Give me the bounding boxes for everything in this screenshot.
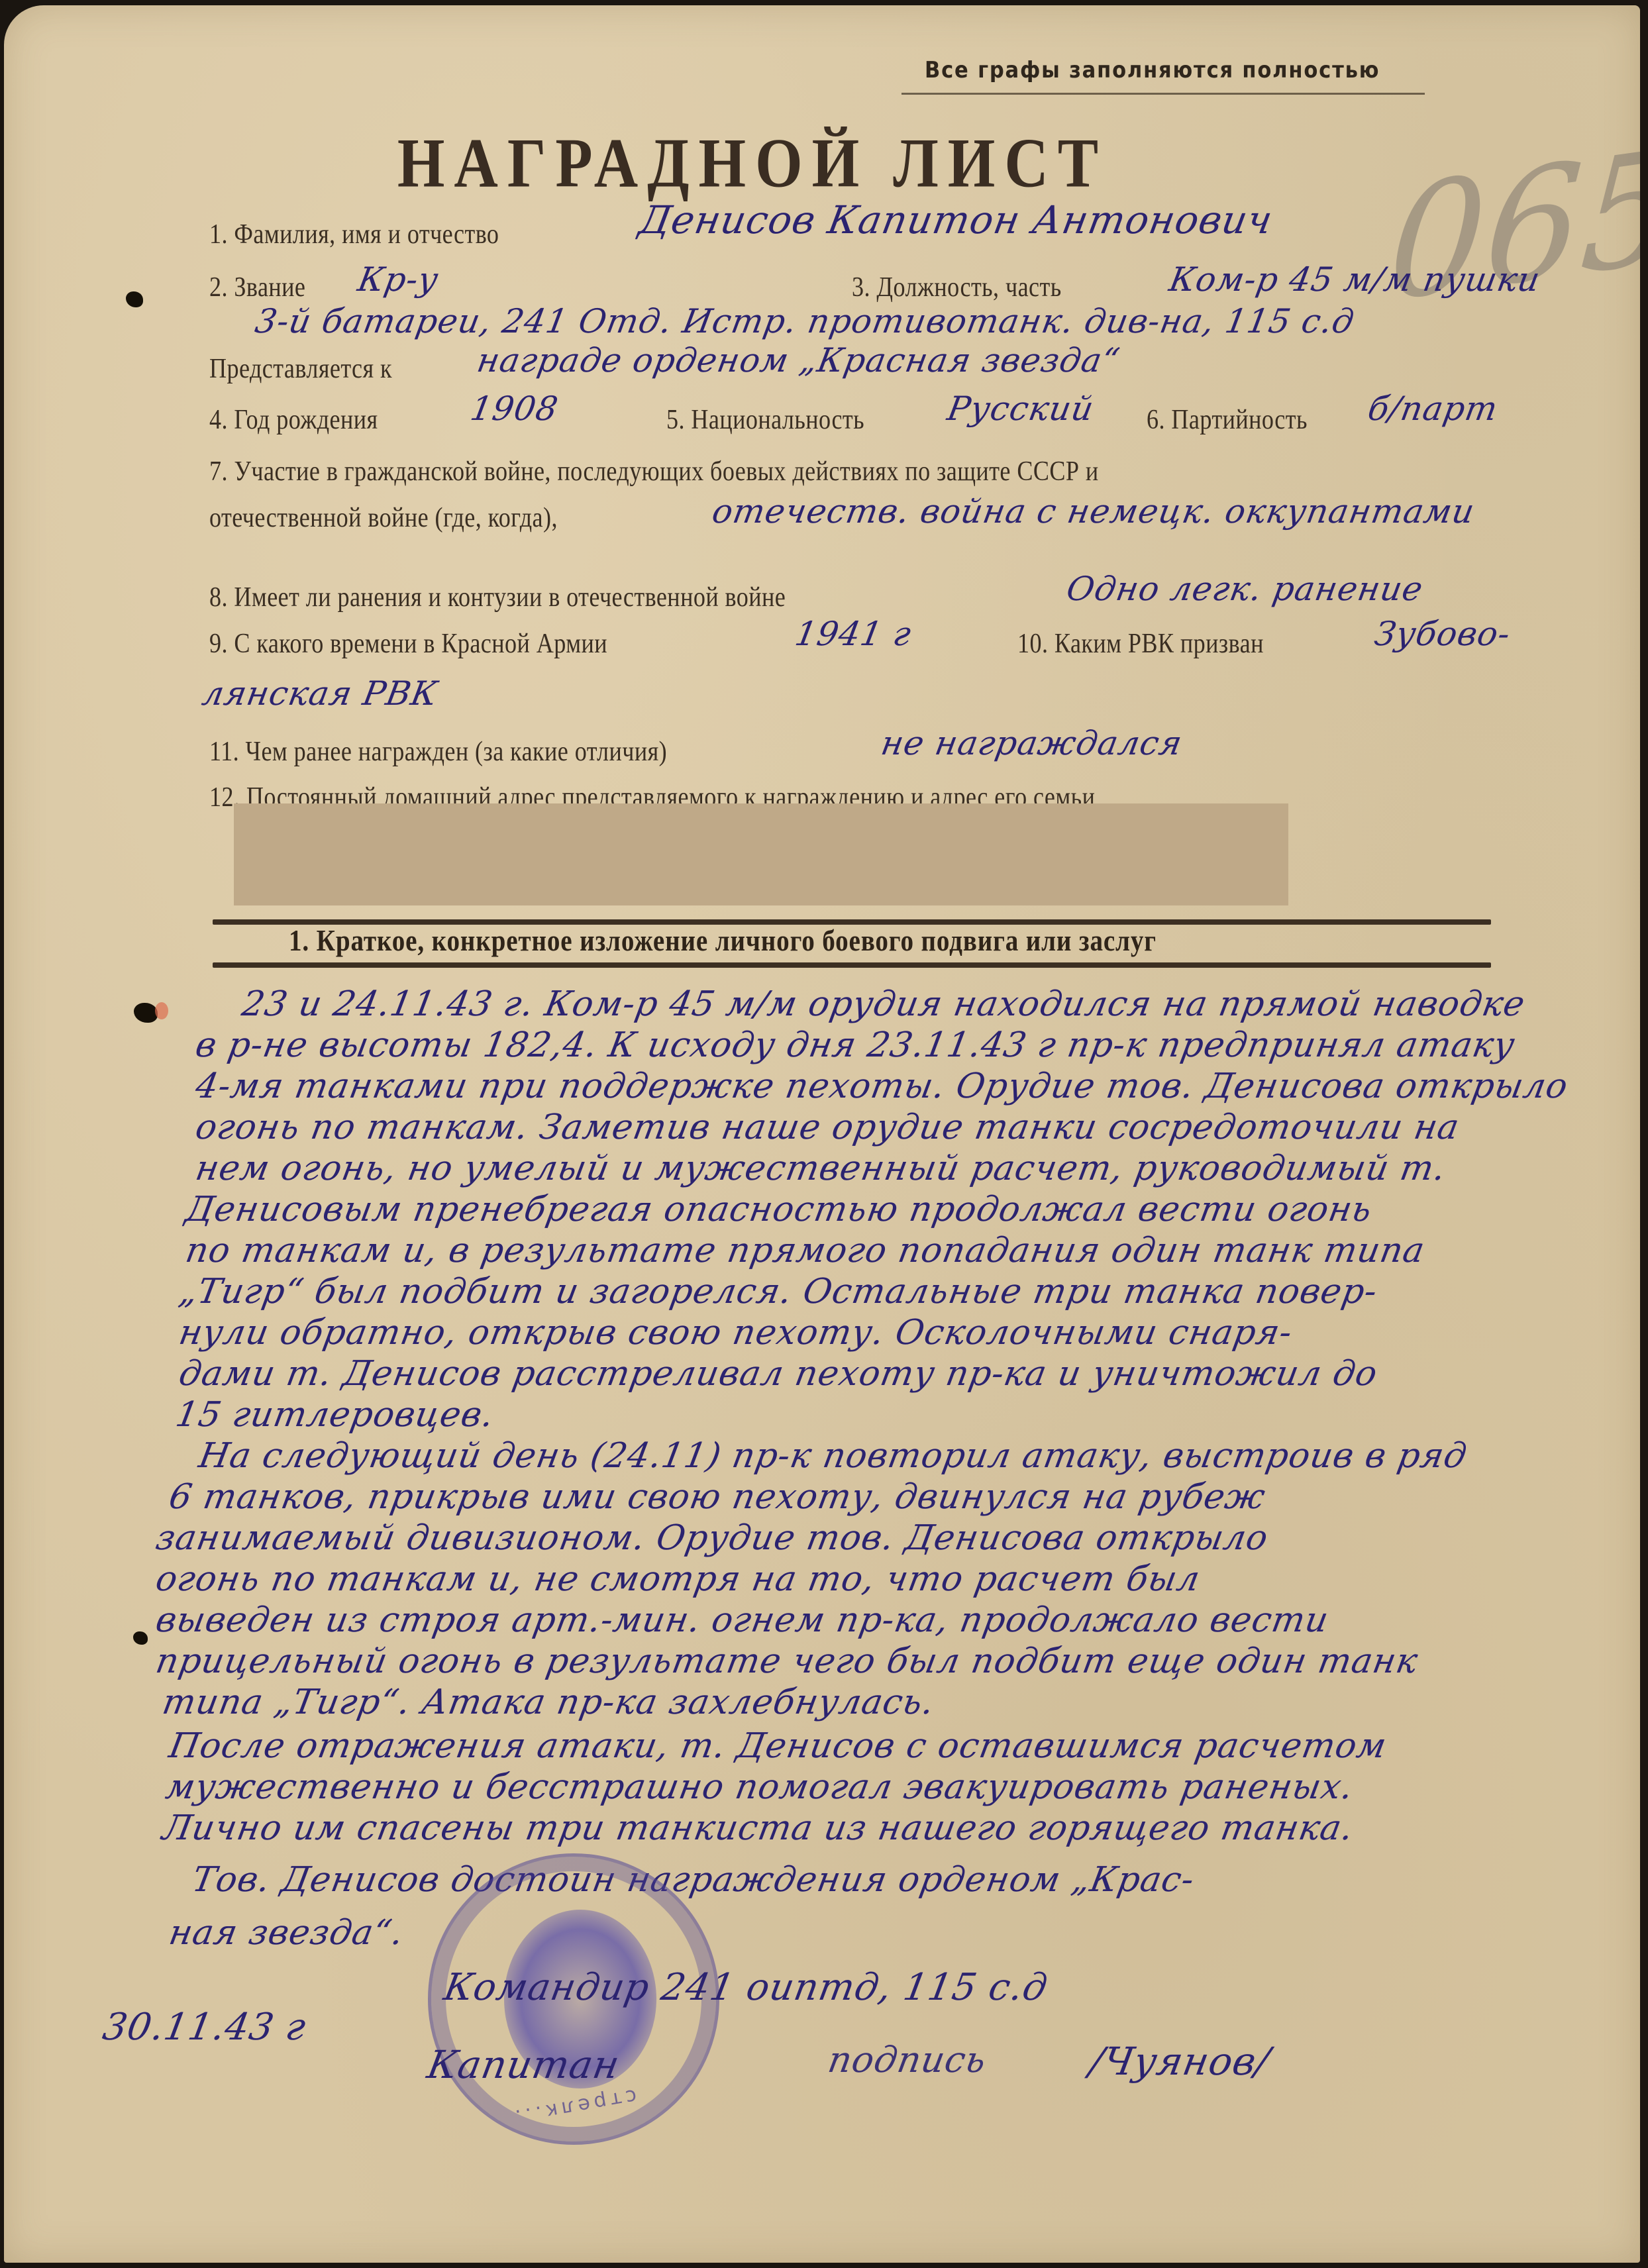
nominated-label: Представляется к: [209, 353, 392, 385]
narrative-line: нем огонь, но умелый и мужественный расч…: [193, 1149, 1449, 1188]
field-7-value: отечеств. война с немецк. оккупантами: [709, 492, 1478, 531]
narrative-line: выведен из строя арт.-мин. огнем пр-ка, …: [153, 1600, 1332, 1640]
address-redaction-block: [234, 803, 1288, 905]
field-1-value: Денисов Капитон Антонович: [636, 197, 1276, 242]
field-11-value: не награждался: [878, 724, 1186, 762]
field-10-label: 10. Каким РВК призван: [1017, 628, 1264, 660]
narrative-line: дами т. Денисов расстреливал пехоту пр-к…: [176, 1354, 1381, 1394]
field-6-label: 6. Партийность: [1147, 404, 1308, 436]
punch-hole-middle: [134, 1003, 158, 1023]
punch-hole-top: [126, 291, 143, 307]
section-rule-bottom: [213, 962, 1491, 968]
scan-edge: [1640, 0, 1648, 2268]
field-7-label-line1: 7. Участие в гражданской войне, последую…: [209, 456, 1099, 488]
field-3-label: 3. Должность, часть: [852, 272, 1062, 303]
field-8-label: 8. Имеет ли ранения и контузии в отечест…: [209, 582, 786, 613]
field-5-label: 5. Национальность: [666, 404, 864, 436]
field-6-value: б/парт: [1365, 389, 1501, 428]
field-3-value-cont: 3-й батареи, 241 Отд. Истр. противотанк.…: [252, 302, 1357, 340]
narrative-line: ная звезда“.: [166, 1913, 407, 1953]
narrative-line: огонь по танкам. Заметив наше орудие тан…: [193, 1108, 1463, 1147]
section-1-title: 1. Краткое, конкретное изложение личного…: [289, 923, 1157, 958]
narrative-line: 4-мя танками при поддержке пехоты. Оруди…: [193, 1066, 1571, 1106]
narrative-line: нули обратно, открыв свою пехоту. Осколо…: [176, 1313, 1296, 1353]
notice-underline: [901, 93, 1425, 95]
field-4-value: 1908: [468, 389, 561, 428]
field-9-value: 1941 г: [792, 615, 915, 653]
field-4-label: 4. Год рождения: [209, 404, 378, 436]
fill-all-fields-notice: Все графы заполняются полностью: [925, 57, 1380, 83]
narrative-line: После отражения атаки, т. Денисов с оста…: [166, 1726, 1390, 1766]
commander-signature: подпись: [825, 2039, 990, 2081]
field-2-label: 2. Звание: [209, 272, 305, 303]
field-5-value: Русский: [945, 389, 1097, 428]
field-8-value: Одно легк. ранение: [1064, 570, 1426, 608]
narrative-line: „Тигр“ был подбит и загорелся. Остальные…: [176, 1272, 1381, 1312]
commander-name: /Чуянов/: [1086, 2039, 1274, 2084]
narrative-line: Тов. Денисов достоин награждения орденом…: [189, 1860, 1198, 1900]
stamp-text: стрелк...: [509, 2085, 639, 2130]
narrative-line: мужественно и бесстрашно помогал эвакуир…: [163, 1767, 1357, 1807]
nominated-value: награде орденом „Красная звезда“: [474, 341, 1123, 380]
narrative-line: 6 танков, прикрыв ими свою пехоту, двину…: [166, 1477, 1268, 1517]
document-title: НАГРАДНОЙ ЛИСТ: [289, 123, 1216, 203]
signature-date: 30.11.43 г: [99, 2006, 309, 2049]
rust-mark: [155, 1002, 168, 1019]
narrative-line: 23 и 24.11.43 г. Ком-р 45 м/м орудия нах…: [239, 984, 1528, 1024]
field-7-label-line2: отечественной войне (где, когда),: [209, 502, 558, 534]
narrative-line: огонь по танкам и, не смотря на то, что …: [153, 1559, 1204, 1599]
narrative-line: На следующий день (24.11) пр-к повторил …: [196, 1436, 1470, 1476]
narrative-line: 15 гитлеровцев.: [173, 1395, 497, 1435]
punch-hole-bottom: [133, 1631, 148, 1645]
narrative-line: по танкам и, в результате прямого попада…: [183, 1231, 1428, 1270]
field-3-value: Ком-р 45 м/м пушки: [1166, 260, 1543, 299]
commander-title: Командир 241 оиптд, 115 с.д: [440, 1966, 1051, 2009]
narrative-line: занимаемый дивизионом. Орудие тов. Денис…: [153, 1518, 1272, 1558]
field-11-label: 11. Чем ранее награжден (за какие отличи…: [209, 736, 667, 768]
field-9-label: 9. С какого времени в Красной Армии: [209, 628, 607, 660]
narrative-line: прицельный огонь в результате чего был п…: [153, 1641, 1421, 1681]
field-2-value: Кр-у: [355, 260, 442, 299]
narrative-line: в р-не высоты 182,4. К исходу дня 23.11.…: [193, 1025, 1518, 1065]
document-page: Все графы заполняются полностью НАГРАДНО…: [4, 5, 1640, 2263]
commander-rank: Капитан: [424, 2042, 623, 2087]
narrative-line: типа „Тигр“. Атака пр-ка захлебнулась.: [160, 1682, 938, 1722]
field-10-value: Зубово-: [1372, 615, 1514, 653]
narrative-line: Денисовым пренебрегая опасностью продолж…: [183, 1190, 1375, 1229]
field-1-label: 1. Фамилия, имя и отчество: [209, 219, 499, 250]
archive-number-pencil: 065: [1384, 116, 1648, 336]
field-10-value-cont: лянская РВК: [199, 674, 441, 713]
narrative-line: Лично им спасены три танкиста из нашего …: [160, 1808, 1357, 1848]
